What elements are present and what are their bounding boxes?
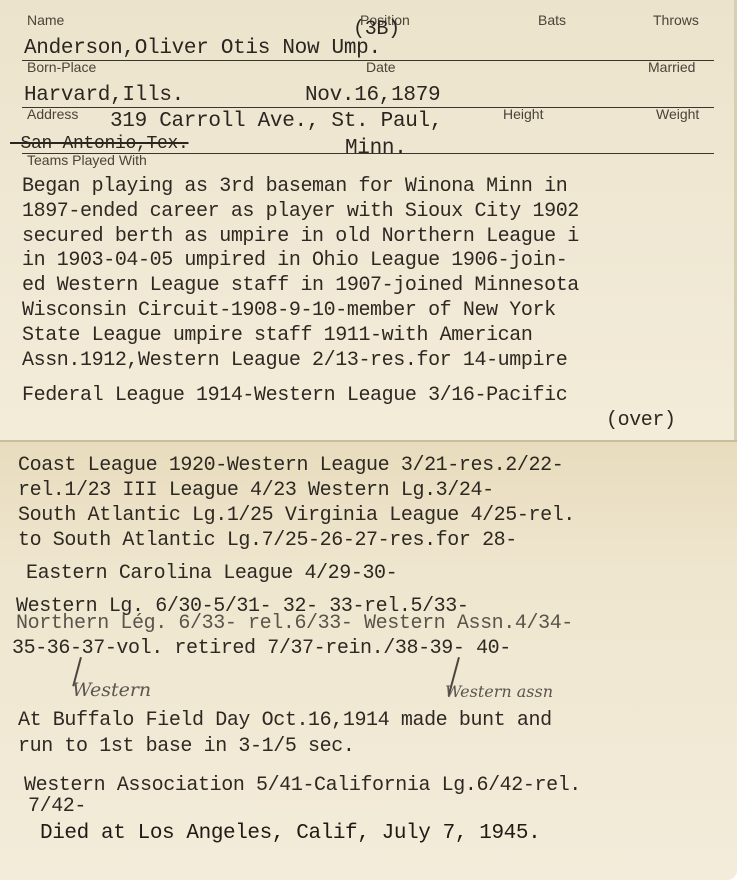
address-label: Address (27, 106, 78, 122)
teams-line: Wisconsin Circuit-1908-9-10-member of Ne… (22, 299, 556, 322)
teams-line: State League umpire staff 1911-with Amer… (22, 324, 533, 347)
bats-label: Bats (538, 12, 566, 28)
born-place-value: Harvard,Ills. (24, 84, 184, 107)
career-line: South Atlantic Lg.1/25 Virginia League 4… (18, 504, 575, 527)
career-line: 35-36-37-vol. retired 7/37-rein./38-39- … (12, 637, 511, 660)
teams-line: Federal League 1914-Western League 3/16-… (22, 384, 567, 407)
teams-line: Assn.1912,Western League 2/13-res.for 14… (22, 349, 567, 372)
teams-line: Began playing as 3rd baseman for Winona … (22, 175, 567, 198)
career-line: Northern Lég. 6/33- rel.6/33- Western As… (16, 612, 573, 635)
death-record: Died at Los Angeles, Calif, July 7, 1945… (40, 822, 540, 845)
throws-label: Throws (653, 12, 699, 28)
born-place-label: Born-Place (27, 59, 96, 75)
buffalo-line: run to 1st base in 3-1/5 sec. (18, 735, 354, 758)
date-label: Date (366, 59, 396, 75)
over-note: (over) (606, 409, 676, 432)
handwritten-note-western-assn: Western assn (445, 682, 553, 701)
married-label: Married (648, 59, 695, 75)
birth-date-value: Nov.16,1879 (305, 84, 440, 107)
name-label: Name (27, 12, 64, 28)
teams-line: secured berth as umpire in old Northern … (22, 225, 579, 248)
buffalo-line: At Buffalo Field Day Oct.16,1914 made bu… (18, 709, 552, 732)
address-line1: 319 Carroll Ave., St. Paul, (110, 110, 442, 133)
career-line: Eastern Carolina League 4/29-30- (26, 562, 397, 585)
teams-played-with-label: Teams Played With (27, 152, 147, 168)
player-name: Anderson,Oliver Otis Now Ump. (24, 37, 381, 60)
struck-old-address: -San-Antonio,Tex. (10, 134, 189, 154)
address-line2: Minn. (345, 137, 407, 160)
handwritten-note-western: Western (72, 679, 151, 701)
born-rule (22, 107, 714, 108)
late-career-line: 7/42- (28, 795, 86, 818)
teams-line: ed Western League staff in 1907-joined M… (22, 274, 579, 297)
height-label: Height (503, 106, 543, 122)
teams-line: in 1903-04-05 umpired in Ohio League 190… (22, 249, 567, 272)
career-line: rel.1/23 III League 4/23 Western Lg.3/24… (18, 479, 494, 502)
teams-line: 1897-ended career as player with Sioux C… (22, 200, 579, 223)
late-career-line: Western Association 5/41-California Lg.6… (24, 774, 581, 797)
card-back: Coast League 1920-Western League 3/21-re… (0, 440, 737, 880)
career-line: to South Atlantic Lg.7/25-26-27-res.for … (18, 529, 517, 552)
career-line: Coast League 1920-Western League 3/21-re… (18, 454, 563, 477)
card-front: Name Position (3B) Bats Throws Anderson,… (0, 0, 737, 440)
weight-label: Weight (656, 106, 699, 122)
